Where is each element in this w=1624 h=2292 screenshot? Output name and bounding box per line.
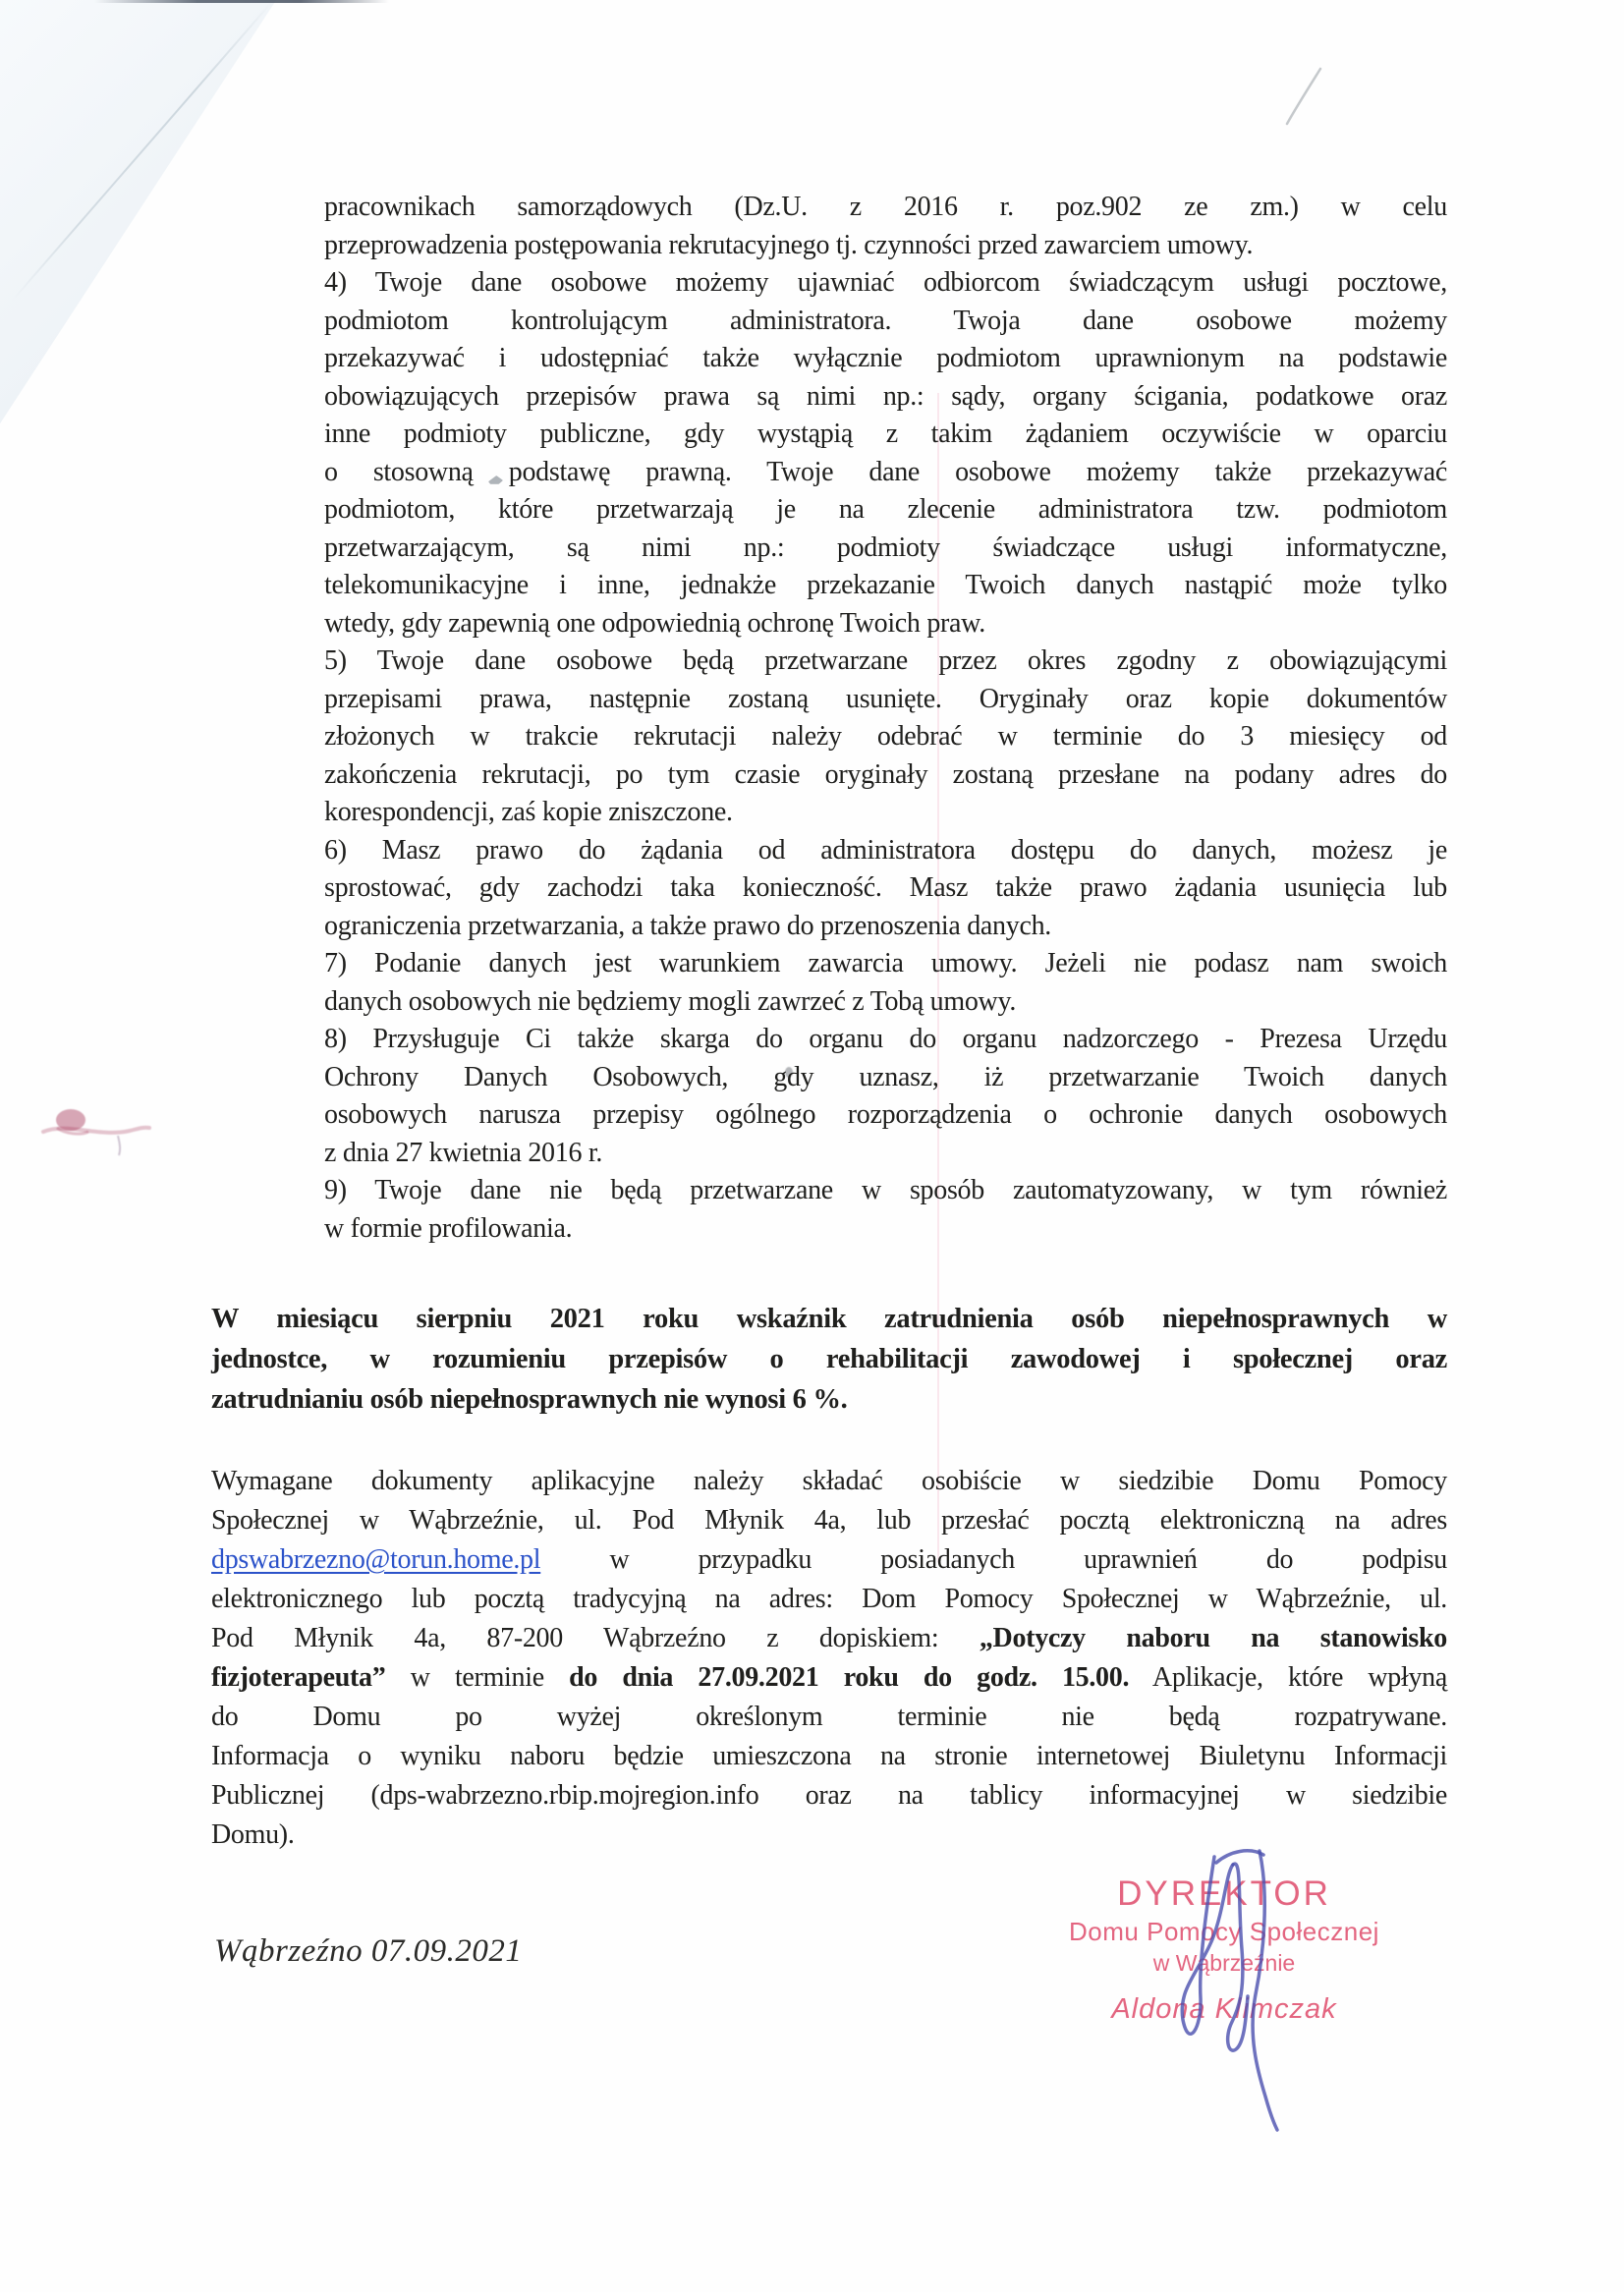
text-segment: telekomunikacyjne i inne, jednakże przek… bbox=[324, 570, 1447, 600]
document-line: osobowych narusza przepisy ogólnego rozp… bbox=[324, 1096, 1447, 1135]
document-line: 6) Masz prawo do żądania od administrato… bbox=[324, 832, 1447, 870]
document-line: 9) Twoje dane nie będą przetwarzane w sp… bbox=[324, 1172, 1447, 1210]
text-segment: Aplikacje, które wpłyną bbox=[1129, 1662, 1447, 1693]
text-segment: złożonych w trakcie rekrutacji należy od… bbox=[324, 721, 1447, 752]
document-line: do Domu po wyżej określonym terminie nie… bbox=[211, 1698, 1447, 1737]
text-segment: przekazywać i udostępniać także wyłączni… bbox=[324, 343, 1447, 373]
text-segment: w formie profilowania. bbox=[324, 1213, 572, 1244]
text-segment: sprostować, gdy zachodzi taka koniecznoś… bbox=[324, 872, 1447, 903]
document-line: jednostce, w rozumieniu przepisów o reha… bbox=[211, 1339, 1447, 1379]
document-line: W miesiącu sierpniu 2021 roku wskaźnik z… bbox=[211, 1299, 1447, 1339]
document-line: o stosowną podstawę prawną. Twoje dane o… bbox=[324, 454, 1447, 492]
text-segment: przetwarzającym, są nimi np.: podmioty ś… bbox=[324, 532, 1447, 563]
document-line: 4) Twoje dane osobowe możemy ujawniać od… bbox=[324, 264, 1447, 303]
application-instructions-paragraph: Wymagane dokumenty aplikacyjne należy sk… bbox=[211, 1462, 1447, 1855]
text-segment: Wymagane dokumenty aplikacyjne należy sk… bbox=[211, 1466, 1447, 1496]
text-segment: przeprowadzenia postępowania rekrutacyjn… bbox=[324, 230, 1253, 260]
document-line: Ochrony Danych Osobowych, gdy uznasz, iż… bbox=[324, 1059, 1447, 1097]
document-line: elektronicznego lub pocztą tradycyjną na… bbox=[211, 1580, 1447, 1619]
document-line: podmiotom kontrolującym administratora. … bbox=[324, 303, 1447, 341]
text-segment: korespondencji, zaś kopie zniszczone. bbox=[324, 797, 733, 827]
folded-corner-edge-artifact bbox=[94, 0, 389, 3]
document-line: wtedy, gdy zapewnią one odpowiednią ochr… bbox=[324, 605, 1447, 643]
text-segment: 4) Twoje dane osobowe możemy ujawniać od… bbox=[324, 267, 1447, 298]
folded-corner-shadow-artifact bbox=[11, 1, 273, 302]
text-segment: inne podmioty publiczne, gdy wystąpią z … bbox=[324, 419, 1447, 449]
document-line: 8) Przysługuje Ci także skarga do organu… bbox=[324, 1021, 1447, 1059]
document-line: przetwarzającym, są nimi np.: podmioty ś… bbox=[324, 530, 1447, 568]
text-segment: 5) Twoje dane osobowe będą przetwarzane … bbox=[324, 645, 1447, 676]
document-line: pracownikach samorządowych (Dz.U. z 2016… bbox=[324, 189, 1447, 227]
text-segment: o stosowną podstawę prawną. Twoje dane o… bbox=[324, 457, 1447, 487]
text-segment: Publicznej (dps-wabrzezno.rbip.mojregion… bbox=[211, 1780, 1447, 1811]
text-segment: ograniczenia przetwarzania, a także praw… bbox=[324, 911, 1051, 941]
text-segment: 6) Masz prawo do żądania od administrato… bbox=[324, 835, 1447, 866]
document-line: korespondencji, zaś kopie zniszczone. bbox=[324, 794, 1447, 832]
document-line: sprostować, gdy zachodzi taka koniecznoś… bbox=[324, 869, 1447, 908]
document-line: danych osobowych nie będziemy mogli zawr… bbox=[324, 983, 1447, 1022]
text-segment: wtedy, gdy zapewnią one odpowiednią ochr… bbox=[324, 608, 985, 639]
document-line: przeprowadzenia postępowania rekrutacyjn… bbox=[324, 227, 1447, 265]
document-line: fizjoterapeuta” w terminie do dnia 27.09… bbox=[211, 1658, 1447, 1698]
document-line: Pod Młynik 4a, 87-200 Wąbrzeźno z dopisk… bbox=[211, 1619, 1447, 1658]
text-segment: z dnia 27 kwietnia 2016 r. bbox=[324, 1138, 602, 1168]
document-line: w formie profilowania. bbox=[324, 1210, 1447, 1249]
document-line: podmiotom, które przetwarzają je na zlec… bbox=[324, 491, 1447, 530]
document-line: 5) Twoje dane osobowe będą przetwarzane … bbox=[324, 643, 1447, 681]
text-segment: zatrudnianiu osób niepełnosprawnych nie … bbox=[211, 1384, 847, 1415]
document-line: Wymagane dokumenty aplikacyjne należy sk… bbox=[211, 1462, 1447, 1501]
document-line: Informacja o wyniku naboru będzie umiesz… bbox=[211, 1737, 1447, 1776]
text-segment: Społecznej w Wąbrzeźnie, ul. Pod Młynik … bbox=[211, 1505, 1447, 1536]
document-line: Publicznej (dps-wabrzezno.rbip.mojregion… bbox=[211, 1776, 1447, 1816]
text-segment: jednostce, w rozumieniu przepisów o reha… bbox=[211, 1344, 1447, 1374]
document-line: telekomunikacyjne i inne, jednakże przek… bbox=[324, 567, 1447, 605]
text-segment: 8) Przysługuje Ci także skarga do organu… bbox=[324, 1024, 1447, 1054]
scanned-document-page: pracownikach samorządowych (Dz.U. z 2016… bbox=[0, 0, 1624, 2292]
pen-mark-artifact bbox=[1279, 65, 1338, 134]
text-segment: Informacja o wyniku naboru będzie umiesz… bbox=[211, 1741, 1447, 1771]
text-segment: pracownikach samorządowych (Dz.U. z 2016… bbox=[324, 192, 1447, 222]
document-line: z dnia 27 kwietnia 2016 r. bbox=[324, 1135, 1447, 1173]
text-segment: w terminie bbox=[385, 1662, 569, 1693]
document-line: ograniczenia przetwarzania, a także praw… bbox=[324, 908, 1447, 946]
document-line: dpswabrzezno@torun.home.pl w przypadku p… bbox=[211, 1540, 1447, 1580]
document-line: Społecznej w Wąbrzeźnie, ul. Pod Młynik … bbox=[211, 1501, 1447, 1540]
text-segment: w przypadku posiadanych uprawnień do pod… bbox=[540, 1544, 1447, 1575]
document-line: złożonych w trakcie rekrutacji należy od… bbox=[324, 718, 1447, 756]
text-segment: fizjoterapeuta” bbox=[211, 1662, 385, 1693]
text-segment: „Dotyczy naboru na stanowisko bbox=[980, 1623, 1447, 1653]
text-segment: elektronicznego lub pocztą tradycyjną na… bbox=[211, 1584, 1447, 1614]
signature bbox=[1130, 1839, 1346, 2134]
text-segment: Ochrony Danych Osobowych, gdy uznasz, iż… bbox=[324, 1062, 1447, 1092]
text-segment: osobowych narusza przepisy ogólnego rozp… bbox=[324, 1099, 1447, 1130]
document-line: przepisami prawa, następnie zostaną usun… bbox=[324, 681, 1447, 719]
place-and-date-line: Wąbrzeźno 07.09.2021 bbox=[214, 1933, 522, 1970]
text-segment: podmiotom, które przetwarzają je na zlec… bbox=[324, 494, 1447, 525]
red-smudge-artifact bbox=[28, 1083, 165, 1161]
text-segment: Pod Młynik 4a, 87-200 Wąbrzeźno z dopisk… bbox=[211, 1623, 980, 1653]
text-segment: podmiotom kontrolującym administratora. … bbox=[324, 306, 1447, 336]
document-line: 7) Podanie danych jest warunkiem zawarci… bbox=[324, 945, 1447, 983]
email-link[interactable]: dpswabrzezno@torun.home.pl bbox=[211, 1544, 540, 1575]
text-segment: przepisami prawa, następnie zostaną usun… bbox=[324, 684, 1447, 714]
text-segment: do Domu po wyżej określonym terminie nie… bbox=[211, 1702, 1447, 1732]
document-line: obowiązujących przepisów prawa są nimi n… bbox=[324, 378, 1447, 417]
text-segment: zakończenia rekrutacji, po tym czasie or… bbox=[324, 759, 1447, 790]
document-line: inne podmioty publiczne, gdy wystąpią z … bbox=[324, 416, 1447, 454]
rodo-clauses-block: pracownikach samorządowych (Dz.U. z 2016… bbox=[324, 189, 1447, 1248]
text-segment: Domu). bbox=[211, 1819, 295, 1850]
text-segment: W miesiącu sierpniu 2021 roku wskaźnik z… bbox=[211, 1304, 1447, 1334]
text-segment: danych osobowych nie będziemy mogli zawr… bbox=[324, 986, 1016, 1017]
document-line: zatrudnianiu osób niepełnosprawnych nie … bbox=[211, 1379, 1447, 1420]
text-segment: obowiązujących przepisów prawa są nimi n… bbox=[324, 381, 1447, 412]
text-segment: 7) Podanie danych jest warunkiem zawarci… bbox=[324, 948, 1447, 978]
disability-ratio-paragraph: W miesiącu sierpniu 2021 roku wskaźnik z… bbox=[211, 1299, 1447, 1420]
text-segment: 9) Twoje dane nie będą przetwarzane w sp… bbox=[324, 1175, 1447, 1205]
document-line: przekazywać i udostępniać także wyłączni… bbox=[324, 340, 1447, 378]
text-segment: do dnia 27.09.2021 roku do godz. 15.00. bbox=[569, 1662, 1129, 1693]
document-line: zakończenia rekrutacji, po tym czasie or… bbox=[324, 756, 1447, 795]
